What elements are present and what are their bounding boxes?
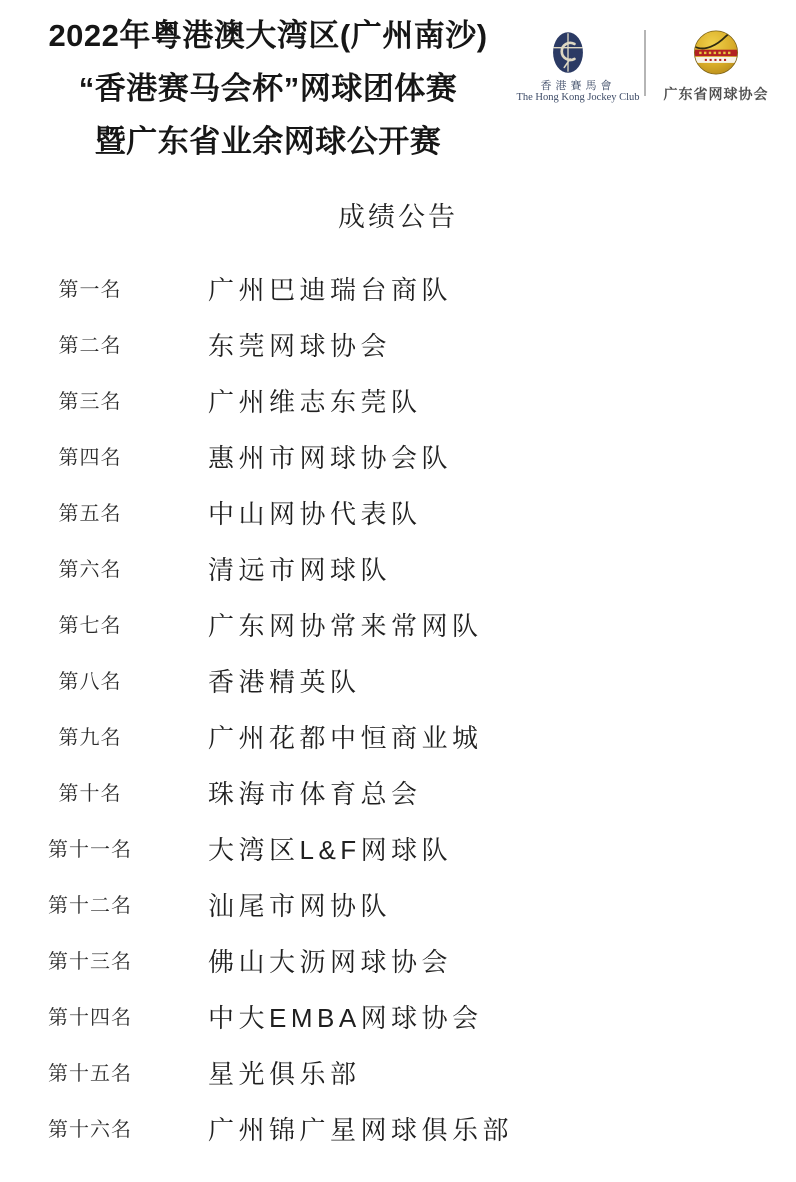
rank-label: 第十三名 xyxy=(34,934,146,990)
result-row: 第十五名 星光俱乐部 xyxy=(0,1046,796,1102)
rank-label: 第五名 xyxy=(34,486,146,542)
team-name: 中大EMBA网球协会 xyxy=(208,990,483,1046)
rank-label: 第三名 xyxy=(34,374,146,430)
results-list: 第一名 广州巴迪瑞台商队 第二名 东莞网球协会 第三名 广州维志东莞队 第四名 … xyxy=(0,262,796,1158)
rank-label: 第九名 xyxy=(34,710,146,766)
hkjc-name-en: The Hong Kong Jockey Club xyxy=(503,92,653,103)
result-row: 第三名 广州维志东莞队 xyxy=(0,374,796,430)
rank-label: 第八名 xyxy=(34,654,146,710)
team-name: 广州锦广星网球俱乐部 xyxy=(208,1102,513,1158)
rank-label: 第十六名 xyxy=(34,1102,146,1158)
logo-divider xyxy=(644,30,646,96)
team-name: 广州花都中恒商业城 xyxy=(208,710,483,766)
result-row: 第四名 惠州市网球协会队 xyxy=(0,430,796,486)
hkjc-name-cn: 香港賽馬會 xyxy=(513,77,643,93)
event-title-line-3: 暨广东省业余网球公开赛 xyxy=(48,115,488,168)
result-row: 第五名 中山网协代表队 xyxy=(0,486,796,542)
rank-label: 第一名 xyxy=(34,262,146,318)
result-row: 第六名 清远市网球队 xyxy=(0,542,796,598)
announcement-page: 2022年粤港澳大湾区(广州南沙) “香港赛马会杯”网球团体赛 暨广东省业余网球… xyxy=(0,0,796,1182)
result-row: 第十二名 汕尾市网协队 xyxy=(0,878,796,934)
rank-label: 第十四名 xyxy=(34,990,146,1046)
hkjc-emblem-icon xyxy=(552,31,584,74)
team-name: 大湾区L&F网球队 xyxy=(208,822,452,878)
team-name: 汕尾市网协队 xyxy=(208,878,391,934)
result-row: 第八名 香港精英队 xyxy=(0,654,796,710)
result-row: 第十一名 大湾区L&F网球队 xyxy=(0,822,796,878)
gdta-emblem-icon xyxy=(692,28,740,77)
team-name: 中山网协代表队 xyxy=(208,486,422,542)
team-name: 东莞网球协会 xyxy=(208,318,391,374)
team-name: 佛山大沥网球协会 xyxy=(208,934,452,990)
result-row: 第一名 广州巴迪瑞台商队 xyxy=(0,262,796,318)
event-title-line-1: 2022年粤港澳大湾区(广州南沙) xyxy=(48,9,488,62)
rank-label: 第十二名 xyxy=(34,878,146,934)
event-title-line-2: “香港赛马会杯”网球团体赛 xyxy=(48,62,488,115)
team-name: 清远市网球队 xyxy=(208,542,391,598)
result-row: 第七名 广东网协常来常网队 xyxy=(0,598,796,654)
team-name: 惠州市网球协会队 xyxy=(208,430,452,486)
result-row: 第九名 广州花都中恒商业城 xyxy=(0,710,796,766)
result-row: 第十六名 广州锦广星网球俱乐部 xyxy=(0,1102,796,1158)
team-name: 星光俱乐部 xyxy=(208,1046,361,1102)
result-row: 第十四名 中大EMBA网球协会 xyxy=(0,990,796,1046)
event-title: 2022年粤港澳大湾区(广州南沙) “香港赛马会杯”网球团体赛 暨广东省业余网球… xyxy=(48,9,488,168)
team-name: 广州维志东莞队 xyxy=(208,374,422,430)
result-row: 第二名 东莞网球协会 xyxy=(0,318,796,374)
rank-label: 第四名 xyxy=(34,430,146,486)
rank-label: 第六名 xyxy=(34,542,146,598)
rank-label: 第十名 xyxy=(34,766,146,822)
section-heading: 成绩公告 xyxy=(0,195,796,234)
rank-label: 第七名 xyxy=(34,598,146,654)
gdta-name-cn: 广东省网球协会 xyxy=(650,84,782,104)
team-name: 珠海市体育总会 xyxy=(208,766,422,822)
team-name: 香港精英队 xyxy=(208,654,361,710)
result-row: 第十三名 佛山大沥网球协会 xyxy=(0,934,796,990)
rank-label: 第十五名 xyxy=(34,1046,146,1102)
team-name: 广东网协常来常网队 xyxy=(208,598,483,654)
rank-label: 第十一名 xyxy=(34,822,146,878)
result-row: 第十名 珠海市体育总会 xyxy=(0,766,796,822)
rank-label: 第二名 xyxy=(34,318,146,374)
team-name: 广州巴迪瑞台商队 xyxy=(208,262,452,318)
